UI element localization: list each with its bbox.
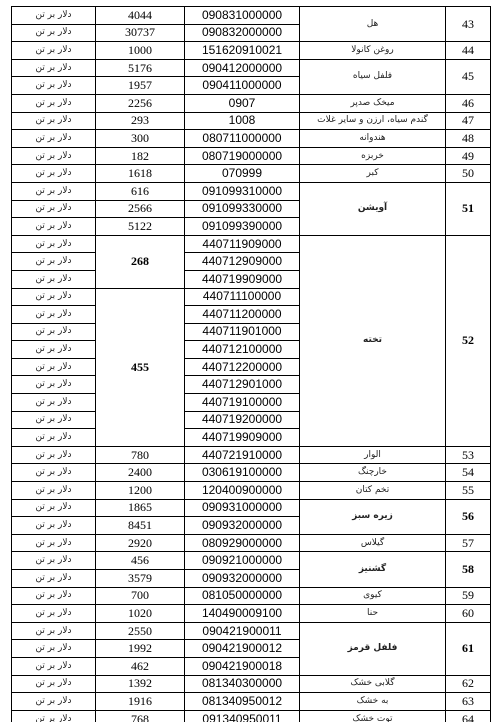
unit-cell: دلار بر تن	[12, 411, 96, 429]
unit-cell: دلار بر تن	[12, 622, 96, 640]
value-cell: 8451	[96, 517, 185, 535]
tariff-code-cell: 440711901000	[185, 323, 300, 341]
tariff-code-cell: 090411000000	[185, 77, 300, 95]
unit-cell: دلار بر تن	[12, 112, 96, 130]
unit-cell: دلار بر تن	[12, 200, 96, 218]
table-row: دلار بر تن268440711909000تخته52	[12, 235, 491, 253]
product-name-cell: خارچنگ	[300, 464, 446, 482]
product-name-cell: زیره سبز	[300, 499, 446, 534]
row-index-cell: 44	[446, 42, 491, 60]
tariff-code-cell: 440721910000	[185, 446, 300, 464]
product-name-cell: حنا	[300, 605, 446, 623]
tariff-code-cell: 091340950011	[185, 710, 300, 722]
value-cell: 1392	[96, 675, 185, 693]
tariff-code-cell: 080711000000	[185, 130, 300, 148]
unit-cell: دلار بر تن	[12, 657, 96, 675]
value-cell: 300	[96, 130, 185, 148]
value-cell: 2550	[96, 622, 185, 640]
tariff-code-cell: 090932000000	[185, 517, 300, 535]
row-index-cell: 48	[446, 130, 491, 148]
unit-cell: دلار بر تن	[12, 499, 96, 517]
unit-cell: دلار بر تن	[12, 147, 96, 165]
tariff-code-cell: 440712909000	[185, 253, 300, 271]
row-index-cell: 43	[446, 7, 491, 42]
row-index-cell: 47	[446, 112, 491, 130]
value-cell: 1200	[96, 482, 185, 500]
tariff-code-cell: 120400900000	[185, 482, 300, 500]
product-name-cell: توت خشک	[300, 710, 446, 722]
unit-cell: دلار بر تن	[12, 640, 96, 658]
unit-cell: دلار بر تن	[12, 394, 96, 412]
value-cell: 182	[96, 147, 185, 165]
unit-cell: دلار بر تن	[12, 570, 96, 588]
tariff-code-cell: 090421900018	[185, 657, 300, 675]
value-cell: 30737	[96, 24, 185, 42]
row-index-cell: 64	[446, 710, 491, 722]
table-row: دلار بر تن1865090931000000زیره سبز56	[12, 499, 491, 517]
row-index-cell: 59	[446, 587, 491, 605]
product-name-cell: آویشن	[300, 182, 446, 235]
product-name-cell: خربزه	[300, 147, 446, 165]
table-row: دلار بر تن5176090412000000فلفل سیاه45	[12, 59, 491, 77]
row-index-cell: 45	[446, 59, 491, 94]
product-name-cell: کیوی	[300, 587, 446, 605]
value-cell: 4044	[96, 7, 185, 25]
product-name-cell: تخم کتان	[300, 482, 446, 500]
tariff-code-cell: 440711909000	[185, 235, 300, 253]
tariff-code-cell: 081340950012	[185, 693, 300, 711]
value-cell: 456	[96, 552, 185, 570]
row-index-cell: 46	[446, 94, 491, 112]
value-cell: 293	[96, 112, 185, 130]
table-row: دلار بر تن1916081340950012به خشک63	[12, 693, 491, 711]
table-row: دلار بر تن616091099310000آویشن51	[12, 182, 491, 200]
unit-cell: دلار بر تن	[12, 7, 96, 25]
tariff-code-cell: 440712200000	[185, 358, 300, 376]
value-cell: 5176	[96, 59, 185, 77]
product-name-cell: روغن کانولا	[300, 42, 446, 60]
unit-cell: دلار بر تن	[12, 165, 96, 183]
row-index-cell: 51	[446, 182, 491, 235]
product-name-cell: فلفل سیاه	[300, 59, 446, 94]
unit-cell: دلار بر تن	[12, 482, 96, 500]
tariff-code-cell: 081340300000	[185, 675, 300, 693]
tariff-code-cell: 151620910021	[185, 42, 300, 60]
tariff-code-cell: 090931000000	[185, 499, 300, 517]
product-name-cell: کبر	[300, 165, 446, 183]
row-index-cell: 63	[446, 693, 491, 711]
product-name-cell: فلفل قرمز	[300, 622, 446, 675]
value-cell: 780	[96, 446, 185, 464]
tariff-code-cell: 070999	[185, 165, 300, 183]
product-name-cell: تخته	[300, 235, 446, 446]
tariff-code-cell: 090932000000	[185, 570, 300, 588]
unit-cell: دلار بر تن	[12, 341, 96, 359]
tariff-code-cell: 090421900012	[185, 640, 300, 658]
unit-cell: دلار بر تن	[12, 675, 96, 693]
table-row: دلار بر تن1392081340300000گلابی خشک62	[12, 675, 491, 693]
table-row: دلار بر تن2931008گندم سیاه، ارزن و سایر …	[12, 112, 491, 130]
unit-cell: دلار بر تن	[12, 446, 96, 464]
product-name-cell: گیلاس	[300, 534, 446, 552]
unit-cell: دلار بر تن	[12, 306, 96, 324]
unit-cell: دلار بر تن	[12, 429, 96, 447]
value-cell: 455	[96, 288, 185, 446]
tariff-table: دلار بر تن4044090831000000هل43دلار بر تن…	[11, 6, 491, 722]
table-row: دلار بر تن1000151620910021روغن کانولا44	[12, 42, 491, 60]
unit-cell: دلار بر تن	[12, 552, 96, 570]
tariff-code-cell: 440719909000	[185, 429, 300, 447]
row-index-cell: 52	[446, 235, 491, 446]
value-cell: 1992	[96, 640, 185, 658]
tariff-code-cell: 090412000000	[185, 59, 300, 77]
unit-cell: دلار بر تن	[12, 464, 96, 482]
value-cell: 268	[96, 235, 185, 288]
value-cell: 1916	[96, 693, 185, 711]
table-row: دلار بر تن1020140490009100حنا60	[12, 605, 491, 623]
unit-cell: دلار بر تن	[12, 710, 96, 722]
table-row: دلار بر تن780440721910000الوار53	[12, 446, 491, 464]
row-index-cell: 49	[446, 147, 491, 165]
unit-cell: دلار بر تن	[12, 42, 96, 60]
value-cell: 2566	[96, 200, 185, 218]
unit-cell: دلار بر تن	[12, 270, 96, 288]
table-row: دلار بر تن2920080929000000گیلاس57	[12, 534, 491, 552]
unit-cell: دلار بر تن	[12, 59, 96, 77]
value-cell: 3579	[96, 570, 185, 588]
unit-cell: دلار بر تن	[12, 94, 96, 112]
unit-cell: دلار بر تن	[12, 218, 96, 236]
tariff-code-cell: 440712901000	[185, 376, 300, 394]
value-cell: 462	[96, 657, 185, 675]
product-name-cell: میخک صدپر	[300, 94, 446, 112]
unit-cell: دلار بر تن	[12, 358, 96, 376]
product-name-cell: به خشک	[300, 693, 446, 711]
product-name-cell: هندوانه	[300, 130, 446, 148]
tariff-code-cell: 140490009100	[185, 605, 300, 623]
tariff-code-cell: 0907	[185, 94, 300, 112]
tariff-code-cell: 440719909000	[185, 270, 300, 288]
row-index-cell: 56	[446, 499, 491, 534]
unit-cell: دلار بر تن	[12, 235, 96, 253]
row-index-cell: 55	[446, 482, 491, 500]
product-name-cell: الوار	[300, 446, 446, 464]
unit-cell: دلار بر تن	[12, 288, 96, 306]
tariff-code-cell: 080929000000	[185, 534, 300, 552]
table-row: دلار بر تن768091340950011توت خشک64	[12, 710, 491, 722]
value-cell: 1957	[96, 77, 185, 95]
unit-cell: دلار بر تن	[12, 77, 96, 95]
unit-cell: دلار بر تن	[12, 24, 96, 42]
table-row: دلار بر تن456090921000000گشنیز58	[12, 552, 491, 570]
table-row: دلار بر تن2400030619100000خارچنگ54	[12, 464, 491, 482]
unit-cell: دلار بر تن	[12, 693, 96, 711]
value-cell: 1618	[96, 165, 185, 183]
row-index-cell: 53	[446, 446, 491, 464]
unit-cell: دلار بر تن	[12, 130, 96, 148]
tariff-code-cell: 440711200000	[185, 306, 300, 324]
table-row: دلار بر تن1200120400900000تخم کتان55	[12, 482, 491, 500]
table-row: دلار بر تن2550090421900011فلفل قرمز61	[12, 622, 491, 640]
product-name-cell: گندم سیاه، ارزن و سایر غلات	[300, 112, 446, 130]
tariff-code-cell: 440711100000	[185, 288, 300, 306]
unit-cell: دلار بر تن	[12, 517, 96, 535]
value-cell: 2920	[96, 534, 185, 552]
value-cell: 5122	[96, 218, 185, 236]
tariff-code-cell: 440719100000	[185, 394, 300, 412]
table-row: دلار بر تن4044090831000000هل43	[12, 7, 491, 25]
row-index-cell: 50	[446, 165, 491, 183]
value-cell: 2256	[96, 94, 185, 112]
row-index-cell: 62	[446, 675, 491, 693]
product-name-cell: هل	[300, 7, 446, 42]
value-cell: 1000	[96, 42, 185, 60]
tariff-code-cell: 091099390000	[185, 218, 300, 236]
tariff-code-cell: 090831000000	[185, 7, 300, 25]
row-index-cell: 58	[446, 552, 491, 587]
unit-cell: دلار بر تن	[12, 182, 96, 200]
value-cell: 2400	[96, 464, 185, 482]
table-row: دلار بر تن700081050000000کیوی59	[12, 587, 491, 605]
unit-cell: دلار بر تن	[12, 253, 96, 271]
table-row: دلار بر تن1618070999کبر50	[12, 165, 491, 183]
tariff-code-cell: 081050000000	[185, 587, 300, 605]
product-name-cell: گشنیز	[300, 552, 446, 587]
table-row: دلار بر تن300080711000000هندوانه48	[12, 130, 491, 148]
value-cell: 1865	[96, 499, 185, 517]
tariff-code-cell: 080719000000	[185, 147, 300, 165]
unit-cell: دلار بر تن	[12, 605, 96, 623]
unit-cell: دلار بر تن	[12, 587, 96, 605]
value-cell: 616	[96, 182, 185, 200]
table-row: دلار بر تن182080719000000خربزه49	[12, 147, 491, 165]
tariff-code-cell: 090921000000	[185, 552, 300, 570]
tariff-code-cell: 440719200000	[185, 411, 300, 429]
product-name-cell: گلابی خشک	[300, 675, 446, 693]
unit-cell: دلار بر تن	[12, 376, 96, 394]
tariff-code-cell: 091099310000	[185, 182, 300, 200]
tariff-code-cell: 090421900011	[185, 622, 300, 640]
table-row: دلار بر تن22560907میخک صدپر46	[12, 94, 491, 112]
unit-cell: دلار بر تن	[12, 534, 96, 552]
value-cell: 700	[96, 587, 185, 605]
tariff-code-cell: 440712100000	[185, 341, 300, 359]
tariff-code-cell: 030619100000	[185, 464, 300, 482]
tariff-code-cell: 091099330000	[185, 200, 300, 218]
value-cell: 768	[96, 710, 185, 722]
value-cell: 1020	[96, 605, 185, 623]
row-index-cell: 61	[446, 622, 491, 675]
row-index-cell: 60	[446, 605, 491, 623]
row-index-cell: 57	[446, 534, 491, 552]
tariff-table-body: دلار بر تن4044090831000000هل43دلار بر تن…	[12, 7, 491, 722]
tariff-code-cell: 1008	[185, 112, 300, 130]
tariff-code-cell: 090832000000	[185, 24, 300, 42]
unit-cell: دلار بر تن	[12, 323, 96, 341]
row-index-cell: 54	[446, 464, 491, 482]
